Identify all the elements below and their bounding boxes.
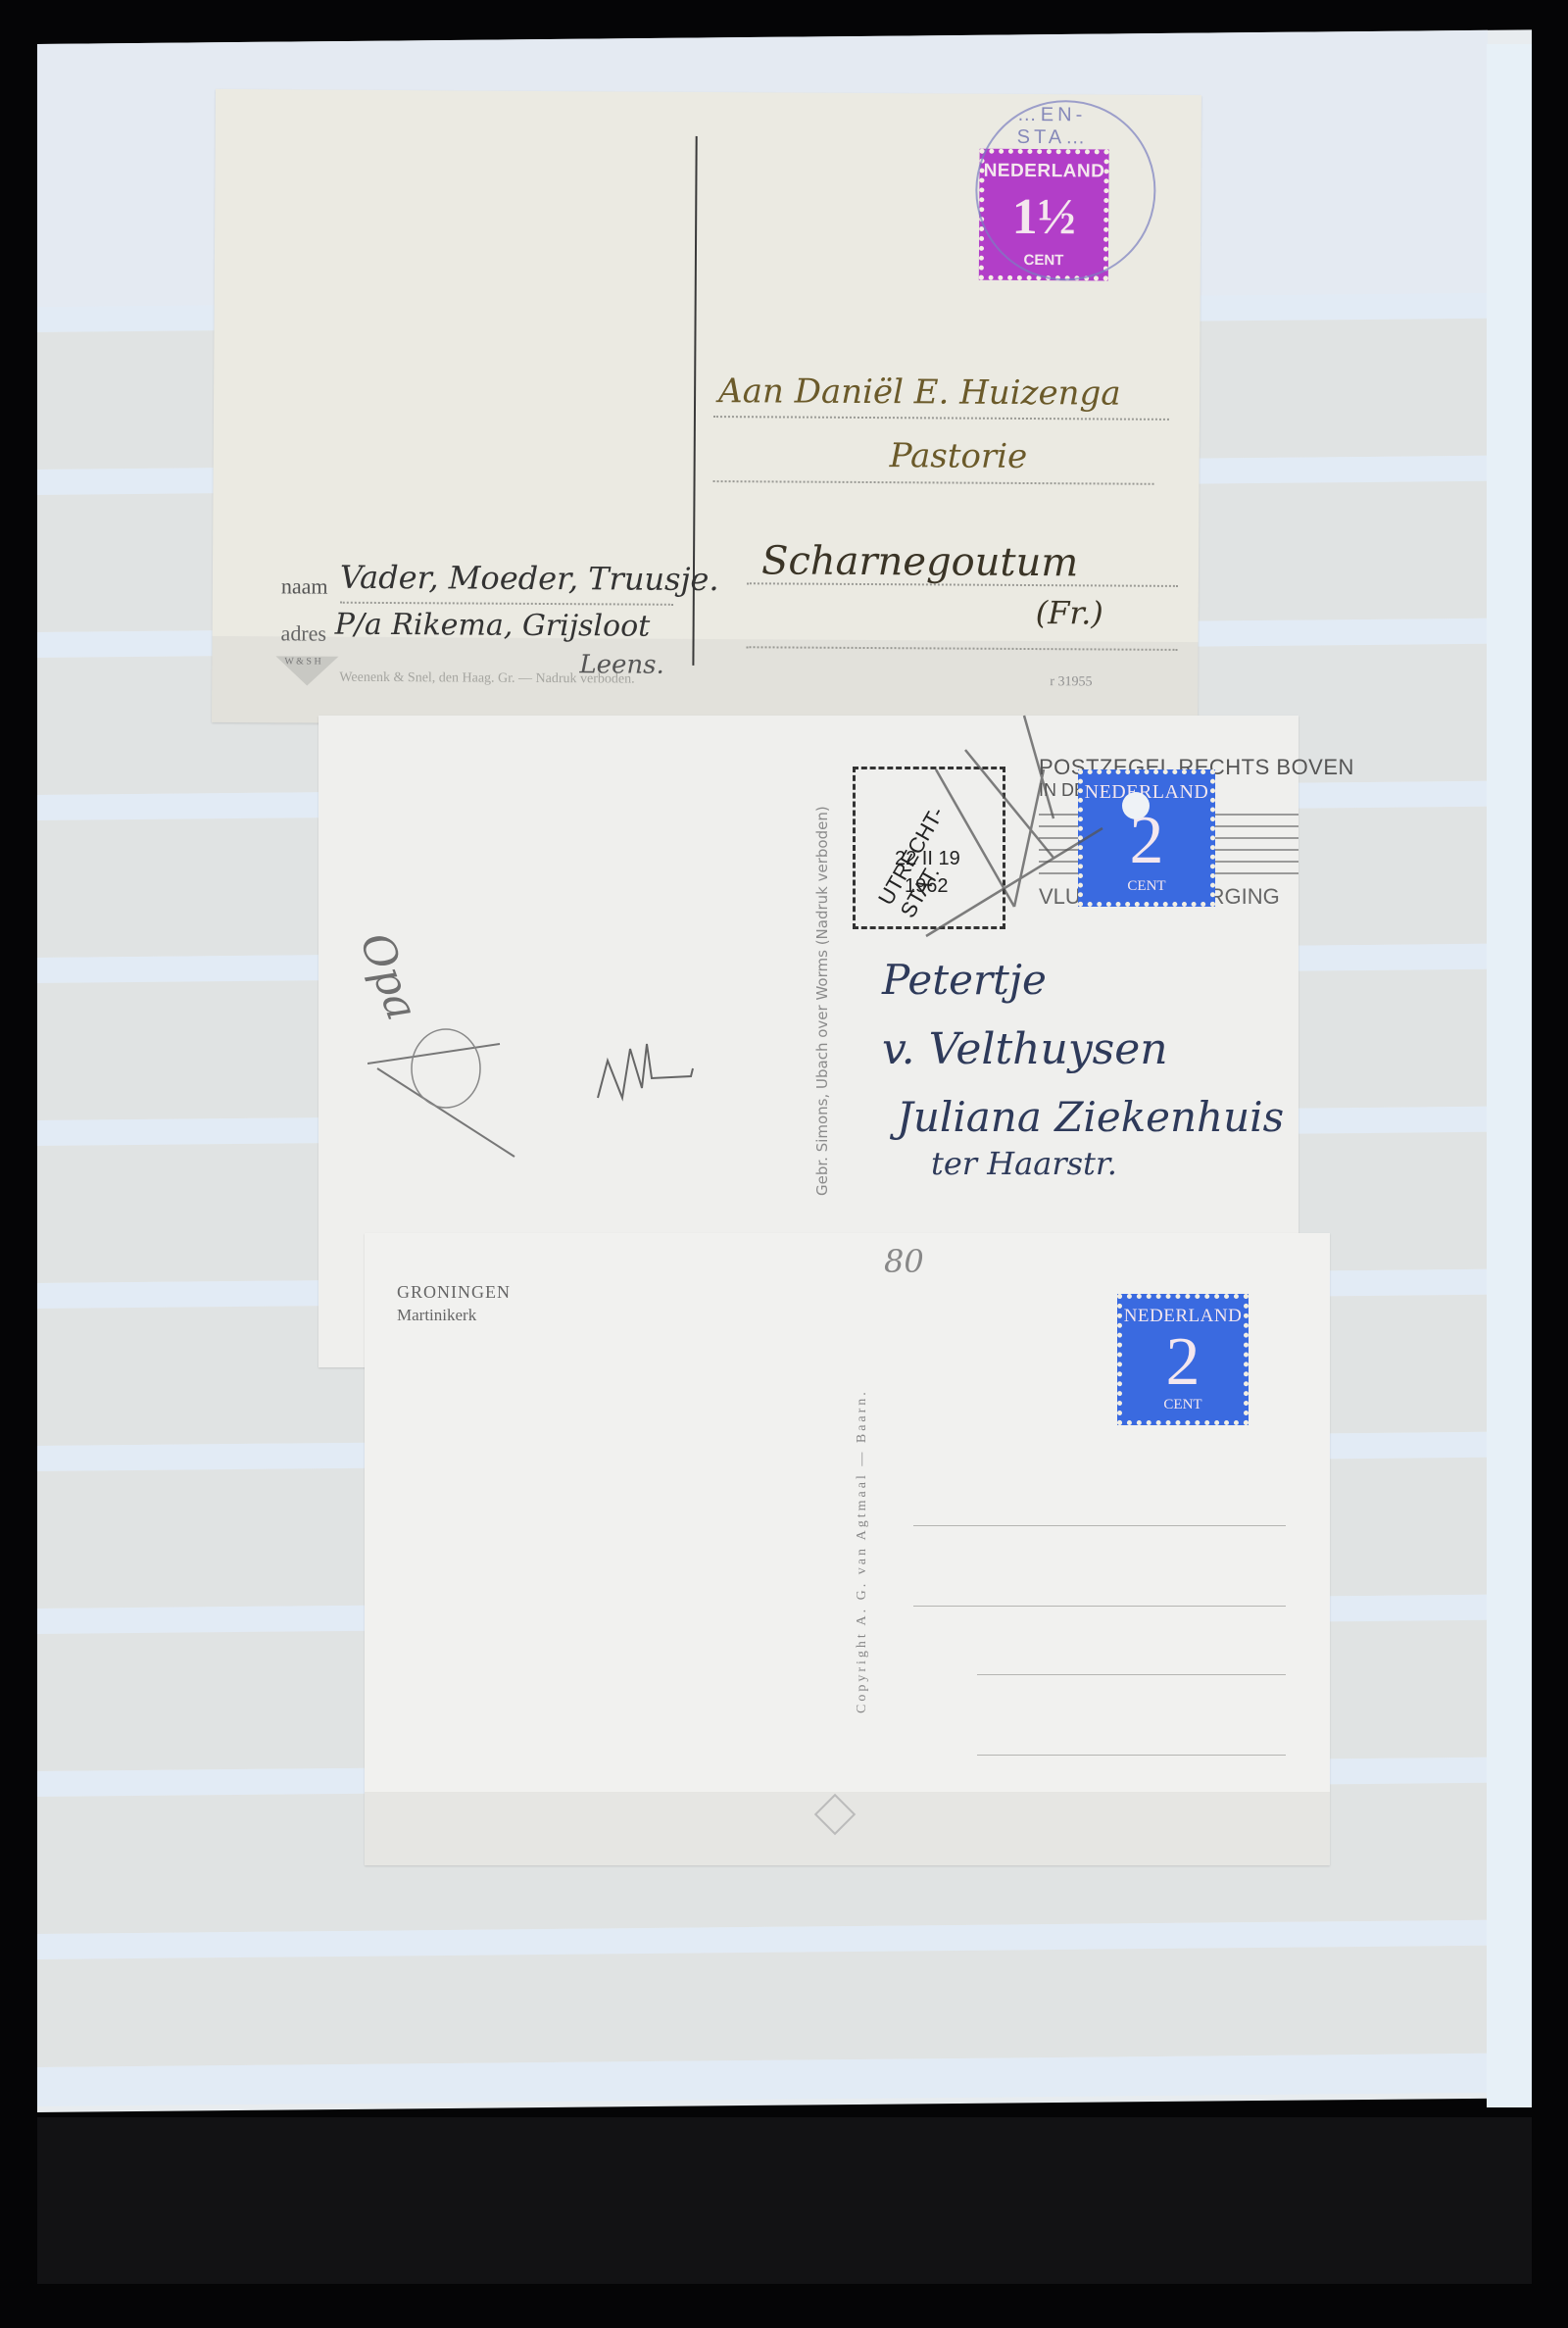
naam-value: Vader, Moeder, Truusje. <box>340 559 719 598</box>
stamp-unit: CENT <box>1163 1397 1201 1413</box>
serial-number: r 31955 <box>1050 674 1092 690</box>
pencil-cross-marks <box>906 711 1151 956</box>
card-title: GRONINGEN <box>397 1282 511 1303</box>
stamp-value: 2 <box>1166 1328 1200 1397</box>
postcard-bottom: GRONINGEN Martinikerk 80 NEDERLAND 2 CEN… <box>365 1233 1330 1865</box>
imprint-vertical: Copyright A. G. van Agtmaal — Baarn. <box>855 1389 870 1713</box>
pencil-note: 80 <box>884 1243 924 1280</box>
recipient-line-1: Petertje <box>882 956 1047 1004</box>
recipient-line-2: Pastorie <box>890 436 1028 476</box>
recipient-line-4: ter Haarstr. <box>931 1145 1117 1182</box>
recipient-line-1: Aan Daniël E. Huizenga <box>718 371 1121 414</box>
postmark-text: …EN-STA… <box>1017 104 1154 150</box>
pencil-scribbles <box>367 951 818 1186</box>
stamp-blue-2-cent: NEDERLAND 2 CENT <box>1117 1294 1249 1425</box>
postcard-top: NEDERLAND 1½ CENT …EN-STA… Aan Daniël E.… <box>212 89 1201 728</box>
card-subtitle: Martinikerk <box>397 1306 476 1325</box>
album-page-margin <box>1487 44 1532 2107</box>
recipient-line-3: Juliana Ziekenhuis <box>897 1093 1284 1141</box>
recipient-line-2: v. Velthuysen <box>882 1024 1168 1074</box>
postmark-circle: …EN-STA… <box>975 100 1156 281</box>
publisher-logo-text: W & S H <box>284 656 320 667</box>
recipient-line-4: (Fr.) <box>1036 594 1103 631</box>
recipient-line-3: Scharnegoutum <box>761 538 1078 585</box>
dark-background <box>37 2117 1532 2284</box>
imprint: Weenenk & Snel, den Haag. Gr. — Nadruk v… <box>339 670 634 688</box>
adres-value: P/a Rikema, Grijsloot <box>335 608 651 644</box>
adres-label: adres <box>281 620 327 646</box>
naam-label: naam <box>281 573 328 599</box>
